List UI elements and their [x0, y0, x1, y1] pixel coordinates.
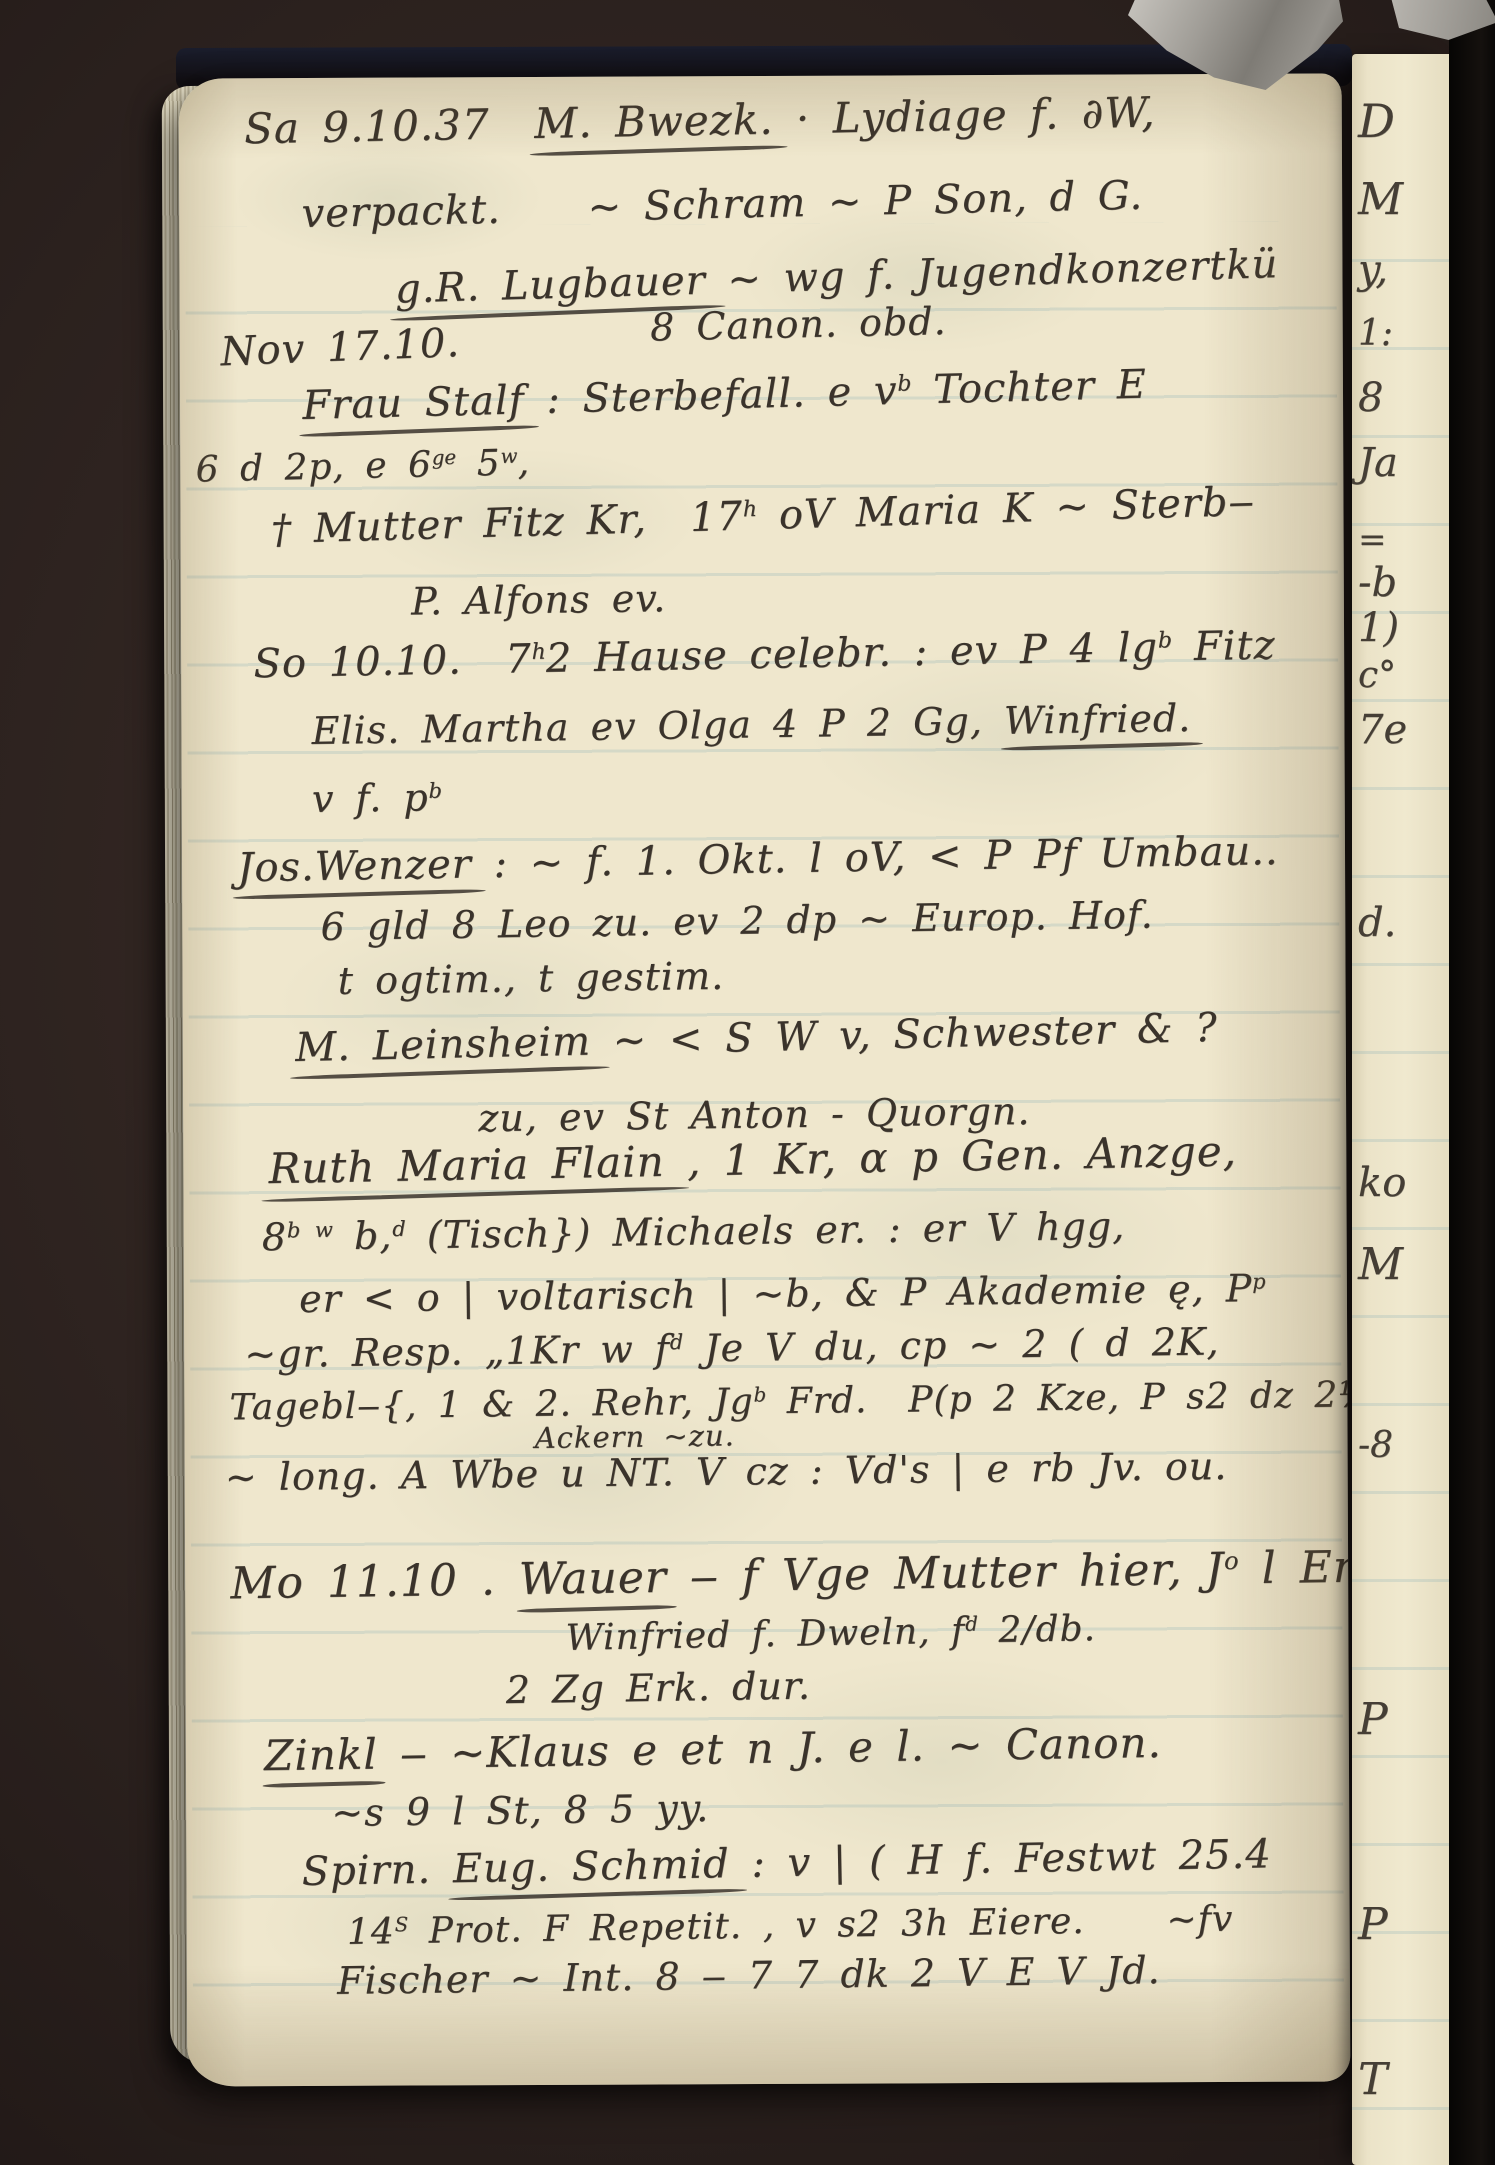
- handwritten-line: 8 Canon. obd.: [650, 302, 947, 346]
- handwriting-segment: 2 Zg Erk. dur.: [506, 1664, 812, 1713]
- handwritten-line: † Mutter Fitz Kr, 17h oV Maria K ~ Sterb…: [271, 482, 1256, 550]
- handwriting-segment: M. Leinsheim: [295, 1019, 592, 1071]
- handwriting-segment: v f. p: [312, 775, 429, 821]
- facing-page-fragment: -8: [1358, 1428, 1393, 1464]
- facing-page-fragment: T: [1358, 2058, 1387, 2102]
- facing-page-fragment: Ja: [1358, 443, 1398, 483]
- handwriting-segment: Tochter E: [911, 362, 1147, 414]
- notebook-right-page: DMy,1:8Ja=-b1)c°7ed.koM-8PPT: [1352, 54, 1449, 2165]
- handwriting-segment: ~ long. A Wbe u NT. V cz : Vd's | e rb J…: [225, 1444, 1228, 1499]
- handwritten-line: 2 Zg Erk. dur.: [506, 1667, 812, 1710]
- handwriting-segment: Sa 9.10.37: [244, 99, 535, 153]
- handwriting-segment: Winfried f. Dweln, f: [565, 1611, 965, 1659]
- facing-page-fragment: D: [1358, 98, 1395, 144]
- facing-page-fragment: 8: [1358, 378, 1383, 418]
- handwriting-segment: (Tisch}) Michaels er. : er V hgg,: [405, 1204, 1125, 1257]
- handwriting-segment: Mo 11.10 .: [230, 1554, 519, 1609]
- handwriting-segment: l Ert.: [1238, 1541, 1350, 1594]
- handwriting-segment: verpackt. ~ Schram ~ P Son, d G.: [301, 173, 1143, 237]
- facing-page-fragment: P: [1358, 1903, 1388, 1947]
- handwriting-segment: Frd. P(p 2 Kze, P s2 dz 2½b.: [766, 1374, 1350, 1422]
- handwriting-segment: d: [670, 1330, 684, 1354]
- handwritten-line: Ruth Maria Flain , 1 Kr, α p Gen. Anzge,: [268, 1130, 1237, 1190]
- facing-page-fragment: d.: [1358, 903, 1396, 943]
- handwriting-segment: So 10.10. 7: [253, 636, 532, 687]
- handwritten-line: Nov 17.10.: [220, 323, 461, 372]
- handwriting-segment: t ogtim., t gestim.: [337, 954, 724, 1003]
- handwriting-segment: ~ wg f. Jugendkonzertkü: [705, 241, 1279, 303]
- handwriting-segment: er < o | voltarisch | ~b, & P Akademie ę…: [299, 1266, 1253, 1321]
- handwriting-segment: : Sterbefall. e v: [524, 368, 898, 423]
- handwriting-segment: Fitz: [1172, 622, 1276, 670]
- handwritten-line: Ackern ~zu.: [534, 1421, 735, 1453]
- handwritten-line: Jos.Wenzer : ~ f. 1. Okt. l oV, < P Pf U…: [237, 831, 1279, 888]
- handwriting-segment: 8: [262, 1215, 288, 1259]
- handwriting-layer: Sa 9.10.37 M. Bwezk. · Lydiage f. ∂W,ver…: [179, 73, 1351, 2086]
- handwriting-segment: Prot. F Repetit. , v s2 3h Eiere. ~fv: [408, 1899, 1234, 1952]
- handwritten-line: Spirn. Eug. Schmid : v | ( H f. Festwt 2…: [301, 1834, 1272, 1892]
- handwriting-segment: p: [1252, 1270, 1266, 1294]
- handwriting-segment: : ~ f. 1. Okt. l oV, < P Pf Umbau..: [471, 828, 1279, 887]
- facing-page-fragment: 1): [1358, 608, 1399, 648]
- handwriting-segment: M. Bwezk.: [534, 95, 774, 148]
- facing-page-fragment: 1:: [1358, 316, 1393, 352]
- facing-page-fragment: 7e: [1358, 710, 1407, 750]
- handwriting-segment: Ruth Maria Flain: [268, 1137, 665, 1193]
- handwritten-line: Tagebl‒{, 1 & 2. Rehr, Jgb Frd. P(p 2 Kz…: [229, 1377, 1350, 1426]
- handwritten-line: 6 d 2p, e 6ge 5w,: [195, 445, 530, 488]
- handwriting-segment: d: [392, 1217, 406, 1241]
- facing-page-fragment: P: [1358, 1698, 1388, 1742]
- handwriting-segment: b: [1158, 628, 1173, 653]
- handwriting-segment: P. Alfons ev.: [411, 576, 667, 623]
- handwriting-segment: b: [753, 1383, 766, 1406]
- facing-page-fragment: y,: [1358, 250, 1388, 290]
- handwriting-segment: Elis. Martha ev Olga 4 P 2 Gg,: [311, 699, 1004, 753]
- facing-page-fragment: M: [1358, 1243, 1403, 1287]
- handwriting-segment: ~gr. Resp. „1Kr w f: [244, 1327, 670, 1377]
- handwriting-segment: Zinkl: [264, 1730, 378, 1781]
- handwriting-segment: w: [500, 445, 517, 468]
- handwriting-segment: Wauer: [518, 1552, 667, 1605]
- handwritten-line: Sa 9.10.37 M. Bwezk. · Lydiage f. ∂W,: [244, 92, 1156, 151]
- handwritten-line: v f. pb: [312, 778, 443, 818]
- handwritten-line: P. Alfons ev.: [411, 579, 667, 620]
- handwritten-line: t ogtim., t gestim.: [337, 957, 724, 1000]
- handwriting-segment: Nov 17.10.: [220, 320, 461, 375]
- handwritten-line: 14S Prot. F Repetit. , v s2 3h Eiere. ~f…: [347, 1902, 1234, 1951]
- handwriting-segment: oV Maria K ~ Sterb‒: [757, 479, 1256, 539]
- handwriting-segment: : v | ( H f. Festwt 25.4: [729, 1831, 1272, 1887]
- handwriting-segment: 8 Canon. obd.: [650, 299, 947, 349]
- handwriting-segment: b: [897, 371, 912, 396]
- handwritten-line: Fischer ~ Int. 8 ‒ 7 7 dk 2 V E V Jd.: [337, 1951, 1161, 2000]
- handwriting-segment: † Mutter Fitz Kr, 17: [270, 494, 743, 554]
- facing-page-fragment: c°: [1358, 658, 1396, 694]
- handwriting-segment: h: [531, 640, 546, 665]
- handwriting-segment: 14: [347, 1911, 395, 1953]
- facing-page-text: DMy,1:8Ja=-b1)c°7ed.koM-8PPT: [1352, 54, 1449, 2165]
- photograph-backdrop: Sa 9.10.37 M. Bwezk. · Lydiage f. ∂W,ver…: [0, 0, 1495, 2165]
- handwritten-line: Winfried f. Dweln, fd 2/db.: [565, 1611, 1096, 1657]
- handwriting-segment: ‒ f Vge Mutter hier, J: [666, 1544, 1224, 1603]
- handwriting-segment: S: [394, 1913, 408, 1936]
- handwritten-line: Zinkl ‒ ~Klaus e et n J. e l. ~ Canon.: [264, 1722, 1162, 1777]
- handwritten-line: ~ long. A Wbe u NT. V cz : Vd's | e rb J…: [225, 1447, 1228, 1496]
- handwriting-segment: Frau Stalf: [302, 377, 525, 429]
- handwriting-segment: , 1 Kr, α p Gen. Anzge,: [664, 1126, 1237, 1185]
- facing-page-fragment: =: [1358, 523, 1387, 557]
- handwriting-segment: 6 d 2p, e 6: [195, 444, 432, 490]
- handwriting-segment: ~s 9 l St, 8 5 yy.: [331, 1786, 709, 1835]
- handwriting-segment: b,: [333, 1213, 393, 1258]
- handwritten-line: ~s 9 l St, 8 5 yy.: [331, 1789, 709, 1832]
- handwriting-segment: 6 gld 8 Leo zu. ev 2 dp ~ Europ. Hof.: [320, 893, 1154, 949]
- handwriting-segment: Jos.Wenzer: [237, 841, 472, 891]
- handwritten-line: Elis. Martha ev Olga 4 P 2 Gg, Winfried.: [311, 699, 1191, 750]
- handwritten-line: ~gr. Resp. „1Kr w fd Je V du, cp ~ 2 ( d…: [244, 1323, 1220, 1374]
- notebook-left-page: Sa 9.10.37 M. Bwezk. · Lydiage f. ∂W,ver…: [179, 73, 1351, 2086]
- handwritten-line: Mo 11.10 . Wauer ‒ f Vge Mutter hier, Jo…: [230, 1545, 1350, 1606]
- handwriting-segment: ,: [517, 442, 530, 483]
- handwritten-line: verpackt. ~ Schram ~ P Son, d G.: [301, 176, 1143, 234]
- handwritten-line: M. Leinsheim ~ < S W v, Schwester & ?: [295, 1008, 1218, 1068]
- handwriting-segment: Je V du, cp ~ 2 ( d 2K,: [683, 1320, 1220, 1371]
- facing-page-fragment: ko: [1358, 1163, 1406, 1203]
- handwriting-segment: b: [428, 779, 442, 803]
- handwriting-segment: · Lydiage f. ∂W,: [773, 88, 1156, 144]
- handwriting-segment: 2 Hause celebr. : ev P 4 lg: [545, 625, 1158, 682]
- handwriting-segment: ge: [432, 446, 457, 470]
- handwritten-line: 8b w b,d (Tisch}) Michaels er. : er V hg…: [262, 1207, 1126, 1256]
- handwritten-line: So 10.10. 7h2 Hause celebr. : ev P 4 lgb…: [253, 625, 1276, 684]
- handwritten-line: er < o | voltarisch | ~b, & P Akademie ę…: [299, 1269, 1266, 1318]
- facing-page-fragment: M: [1358, 178, 1403, 222]
- handwriting-segment: Eug. Schmid: [452, 1841, 730, 1892]
- handwriting-segment: d: [965, 1612, 978, 1635]
- handwriting-segment: 5: [456, 443, 501, 485]
- binding-gutter: [1449, 0, 1495, 2165]
- handwriting-segment: Winfried.: [1004, 696, 1192, 743]
- handwriting-segment: Spirn.: [301, 1846, 453, 1895]
- handwritten-line: zu, ev St Anton - Quorgn.: [478, 1092, 1031, 1137]
- handwriting-segment: o: [1224, 1547, 1239, 1575]
- handwriting-segment: b w: [287, 1218, 333, 1243]
- handwriting-segment: ‒ ~Klaus e et n J. e l. ~ Canon.: [377, 1718, 1162, 1779]
- handwriting-segment: Fischer ~ Int. 8 ‒ 7 7 dk 2 V E V Jd.: [337, 1948, 1161, 2003]
- handwritten-line: Frau Stalf : Sterbefall. e vb Tochter E: [302, 365, 1147, 426]
- handwriting-segment: ~ < S W v, Schwester & ?: [590, 1005, 1218, 1065]
- handwritten-line: g.R. Lugbauer ~ wg f. Jugendkonzertkü: [394, 244, 1278, 309]
- facing-page-fragment: -b: [1358, 563, 1397, 603]
- handwritten-line: 6 gld 8 Leo zu. ev 2 dp ~ Europ. Hof.: [320, 896, 1154, 946]
- handwriting-segment: 2/db.: [978, 1608, 1097, 1651]
- handwriting-segment: h: [742, 497, 757, 522]
